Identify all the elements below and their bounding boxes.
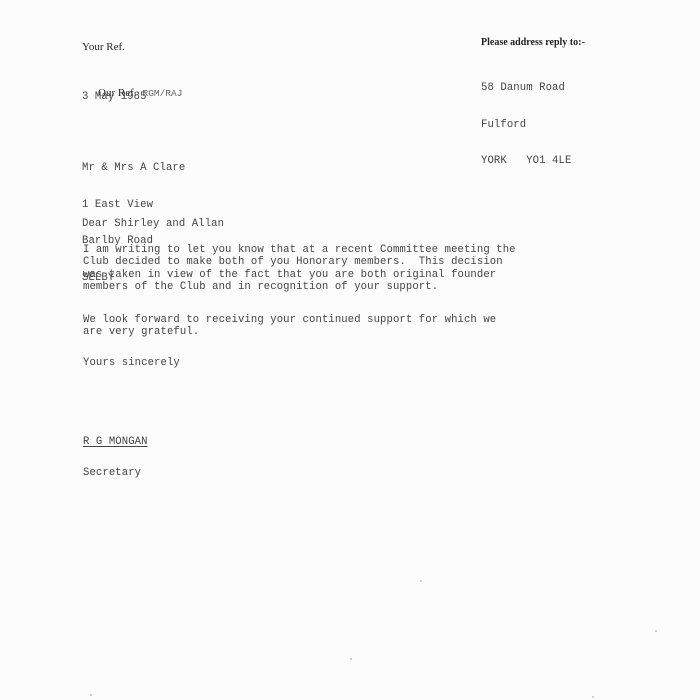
reply-to-label: Please address reply to:- [481,37,585,48]
paragraph-line: I am writing to let you know that at a r… [83,244,516,256]
paragraph-line: are very grateful. [83,326,496,338]
paper-speck [420,580,422,582]
your-ref-label: Your Ref. [82,41,125,53]
signatory-title: Secretary [83,467,141,479]
signatory-name: R G MONGAN [83,436,148,448]
paragraph-line: Club decided to make both of you Honorar… [83,256,516,268]
recipient-line: Mr & Mrs A Clare [82,162,185,175]
paragraph-line: members of the Club and in recognition o… [83,281,516,293]
paragraph-line: We look forward to receiving your contin… [83,314,496,326]
reply-to-line: 58 Danum Road [481,82,571,95]
paper-speck [90,694,92,696]
paragraph-line: was taken in view of the fact that you a… [83,269,516,281]
paper-speck [350,658,352,660]
reply-to-line: YORK YO1 4LE [481,155,571,168]
letter-date: 3 May 1985 [82,91,147,103]
salutation: Dear Shirley and Allan [82,218,224,230]
body-paragraph-1: I am writing to let you know that at a r… [83,244,516,293]
paper-speck [592,696,594,698]
body-paragraph-2: We look forward to receiving your contin… [83,314,496,339]
paper-speck [655,630,657,632]
letter-page: Your Ref. Our Ref.RGM/RAJ 3 May 1985 Ple… [0,0,700,700]
recipient-line: 1 East View [82,199,185,212]
our-ref-value: RGM/RAJ [143,88,183,99]
reply-to-line: Fulford [481,119,571,132]
closing: Yours sincerely [83,357,180,369]
reply-to-address: 58 Danum Road Fulford YORK YO1 4LE [481,58,571,192]
